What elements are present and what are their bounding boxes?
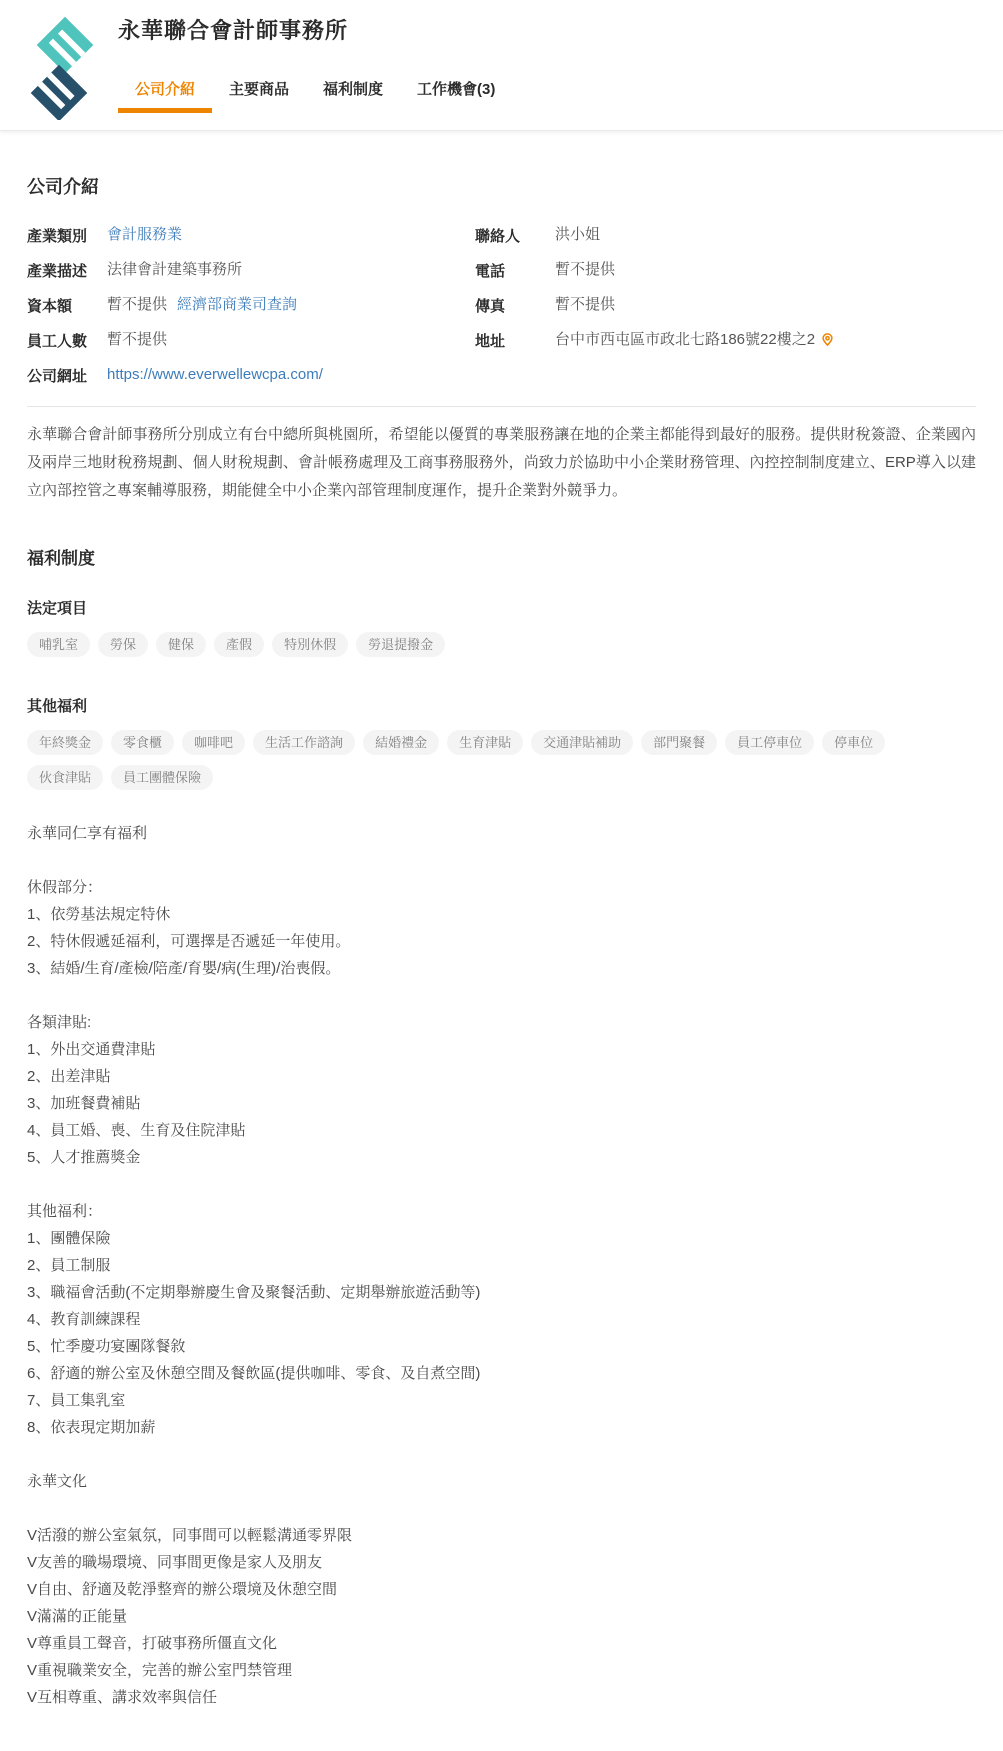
tab-main-products[interactable]: 主要商品 — [212, 73, 306, 113]
benefit-tag: 咖啡吧 — [182, 730, 245, 755]
benefit-tag: 員工停車位 — [725, 730, 814, 755]
capital-label: 資本額 — [27, 295, 107, 316]
capital-lookup-link[interactable]: 經濟部商業司查詢 — [177, 295, 297, 315]
fax-value: 暫不提供 — [555, 295, 615, 315]
benefit-tag: 產假 — [214, 632, 264, 657]
industry-desc-value: 法律會計建築事務所 — [107, 260, 242, 280]
contact-value: 洪小姐 — [555, 225, 600, 245]
tab-company-intro[interactable]: 公司介紹 — [118, 73, 212, 113]
benefit-tag: 生活工作諮詢 — [253, 730, 355, 755]
website-label: 公司網址 — [27, 365, 107, 386]
address-value: 台中市西屯區市政北七路186號22樓之2 — [555, 330, 835, 353]
info-row-fax: 傳真 暫不提供 — [475, 295, 976, 316]
company-tabs: 公司介紹 主要商品 福利制度 工作機會(3) — [118, 73, 512, 113]
company-logo — [15, 0, 118, 130]
page-header: 永華聯合會計師事務所 公司介紹 主要商品 福利制度 工作機會(3) — [0, 0, 1003, 131]
company-info-grid: 產業類別 會計服務業 產業描述 法律會計建築事務所 資本額 暫不提供 經濟部商業… — [27, 225, 976, 400]
company-logo-icon — [15, 8, 107, 120]
phone-value: 暫不提供 — [555, 260, 615, 280]
benefit-tag: 勞退提撥金 — [356, 632, 445, 657]
company-info-right-column: 聯絡人 洪小姐 電話 暫不提供 傳真 暫不提供 地址 台中市西屯區市政北七路18… — [475, 225, 976, 400]
legal-benefit-tag-list: 哺乳室勞保健保產假特別休假勞退提撥金 — [27, 632, 976, 667]
benefit-tag: 結婚禮金 — [363, 730, 439, 755]
benefit-tag: 交通津貼補助 — [531, 730, 633, 755]
benefit-tag: 哺乳室 — [27, 632, 90, 657]
info-row-phone: 電話 暫不提供 — [475, 260, 976, 281]
info-row-contact: 聯絡人 洪小姐 — [475, 225, 976, 246]
other-benefit-tag-list: 年終獎金零食櫃咖啡吧生活工作諮詢結婚禮金生育津貼交通津貼補助部門聚餐員工停車位停… — [27, 730, 976, 800]
benefit-tag: 勞保 — [98, 632, 148, 657]
section-title-company-intro: 公司介紹 — [27, 173, 976, 199]
tab-job-openings[interactable]: 工作機會(3) — [400, 73, 512, 113]
benefit-tag: 部門聚餐 — [641, 730, 717, 755]
benefit-tag: 伙食津貼 — [27, 765, 103, 790]
employees-label: 員工人數 — [27, 330, 107, 351]
page-title: 永華聯合會計師事務所 — [118, 14, 512, 45]
industry-desc-label: 產業描述 — [27, 260, 107, 281]
industry-category-link[interactable]: 會計服務業 — [107, 225, 182, 245]
info-row-industry: 產業類別 會計服務業 — [27, 225, 475, 246]
benefit-tag: 健保 — [156, 632, 206, 657]
tab-benefits[interactable]: 福利制度 — [306, 73, 400, 113]
info-row-industry-desc: 產業描述 法律會計建築事務所 — [27, 260, 475, 281]
benefit-tag: 年終獎金 — [27, 730, 103, 755]
info-row-employees: 員工人數 暫不提供 — [27, 330, 475, 351]
employees-value: 暫不提供 — [107, 330, 167, 350]
main-content: 公司介紹 產業類別 會計服務業 產業描述 法律會計建築事務所 資本額 暫不提供 … — [0, 173, 1003, 1751]
info-row-address: 地址 台中市西屯區市政北七路186號22樓之2 — [475, 330, 976, 353]
benefits-detail-text: 永華同仁享有福利 休假部分： 1、依勞基法規定特休 2、特休假遞延福利，可選擇是… — [27, 820, 976, 1711]
info-row-capital: 資本額 暫不提供 經濟部商業司查詢 — [27, 295, 475, 316]
benefit-tag: 停車位 — [822, 730, 885, 755]
fax-label: 傳真 — [475, 295, 555, 316]
legal-benefits-subtitle: 法定項目 — [27, 597, 976, 618]
info-row-website: 公司網址 https://www.everwellewcpa.com/ — [27, 365, 475, 386]
benefit-tag: 零食櫃 — [111, 730, 174, 755]
capital-value: 暫不提供 — [107, 295, 167, 315]
benefit-tag: 生育津貼 — [447, 730, 523, 755]
section-divider — [27, 406, 976, 407]
benefit-tag: 特別休假 — [272, 632, 348, 657]
address-label: 地址 — [475, 330, 555, 351]
industry-label: 產業類別 — [27, 225, 107, 246]
section-title-benefits: 福利制度 — [27, 544, 976, 569]
map-pin-icon[interactable] — [820, 332, 835, 353]
phone-label: 電話 — [475, 260, 555, 281]
contact-label: 聯絡人 — [475, 225, 555, 246]
company-description: 永華聯合會計師事務所分別成立有台中總所與桃園所，希望能以優質的專業服務讓在地的企… — [27, 421, 976, 504]
company-info-left-column: 產業類別 會計服務業 產業描述 法律會計建築事務所 資本額 暫不提供 經濟部商業… — [27, 225, 475, 400]
benefit-tag: 員工團體保險 — [111, 765, 213, 790]
company-website-link[interactable]: https://www.everwellewcpa.com/ — [107, 365, 323, 385]
other-benefits-subtitle: 其他福利 — [27, 695, 976, 716]
